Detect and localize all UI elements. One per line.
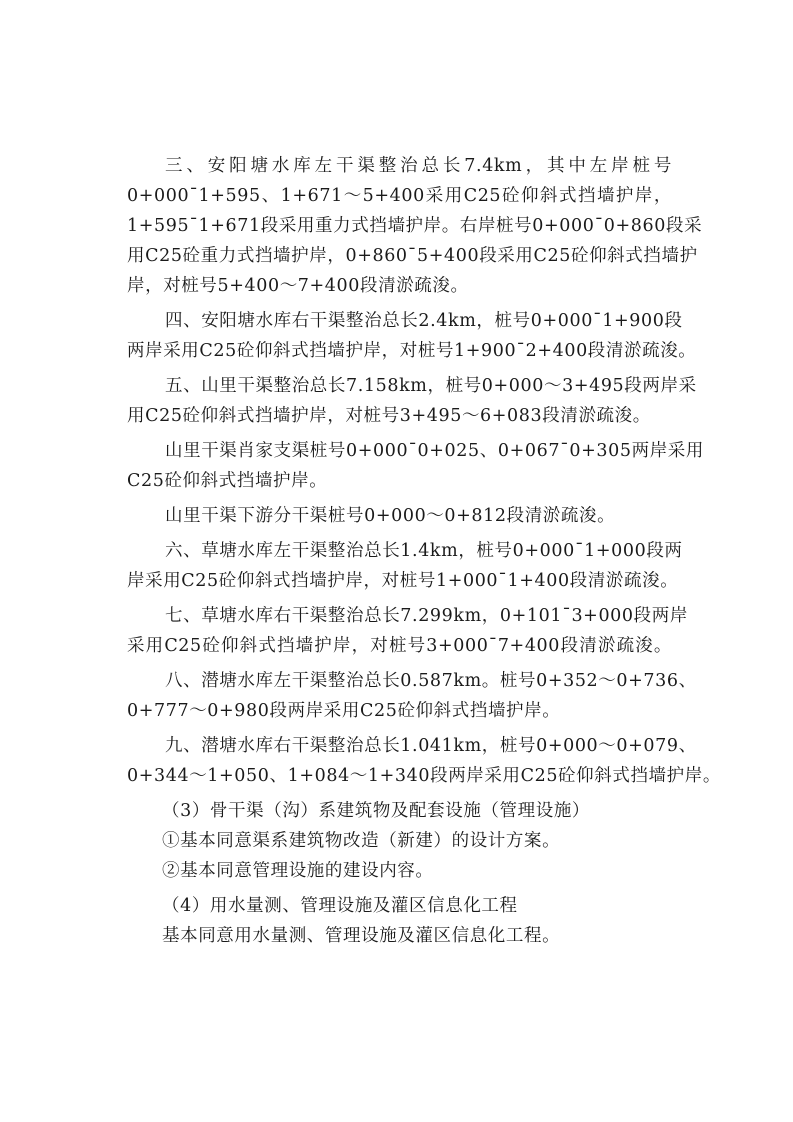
text-line: 0+344～1+050、1+084～1+340段两岸采用C25砼仰斜式挡墙护岸。 [127, 763, 672, 789]
text-line: 五、山里干渠整治总长7.158km，桩号0+000～3+495段两岸采 [165, 373, 672, 399]
text-line: 采用C25砼仰斜式挡墙护岸，对桩号3+000¯7+400段清淤疏浚。 [127, 633, 672, 659]
text-line: 用C25砼重力式挡墙护岸，0+860¯5+400段采用C25砼仰斜式挡墙护 [127, 243, 672, 269]
text-line: 两岸采用C25砼仰斜式挡墙护岸，对桩号1+900¯2+400段清淤疏浚。 [127, 338, 672, 364]
text-line: 三、安阳塘水库左干渠整治总长7.4km，其中左岸桩号 [165, 153, 672, 179]
text-line: 山里干渠肖家支渠桩号0+000¯0+025、0+067¯0+305两岸采用 [165, 438, 672, 464]
list-item: ②基本同意管理设施的建设内容。 [162, 858, 707, 884]
list-item: ①基本同意渠系建筑物改造（新建）的设计方案。 [162, 828, 707, 854]
section-body: 基本同意用水量测、管理设施及灌区信息化工程。 [162, 923, 707, 949]
text-line: 岸采用C25砼仰斜式挡墙护岸，对桩号1+000¯1+400段清淤疏浚。 [127, 568, 672, 594]
text-line: 0+777～0+980段两岸采用C25砼仰斜式挡墙护岸。 [127, 698, 672, 724]
text-line: 岸，对桩号5+400～7+400段清淤疏浚。 [127, 273, 672, 299]
text-line: 1+595¯1+671段采用重力式挡墙护岸。右岸桩号0+000¯0+860段采 [127, 213, 672, 239]
text-line: 山里干渠下游分干渠桩号0+000～0+812段清淤疏浚。 [165, 503, 672, 529]
text-line: 用C25砼仰斜式挡墙护岸，对桩号3+495～6+083段清淤疏浚。 [127, 403, 672, 429]
text-line: C25砼仰斜式挡墙护岸。 [127, 468, 672, 494]
section-heading: （3）骨干渠（沟）系建筑物及配套设施（管理设施） [162, 798, 707, 824]
document-page: 三、安阳塘水库左干渠整治总长7.4km，其中左岸桩号 0+000¯1+595、1… [0, 0, 793, 1122]
text-line: 0+000¯1+595、1+671～5+400采用C25砼仰斜式挡墙护岸， [127, 183, 672, 209]
text-line: 七、草塘水库右干渠整治总长7.299km，0+101¯3+000段两岸 [165, 603, 672, 629]
text-line: 四、安阳塘水库右干渠整治总长2.4km，桩号0+000¯1+900段 [165, 308, 672, 334]
text-line: 八、潜塘水库左干渠整治总长0.587km。桩号0+352～0+736、 [165, 668, 672, 694]
section-heading: （4）用水量测、管理设施及灌区信息化工程 [162, 893, 707, 919]
text-line: 九、潜塘水库右干渠整治总长1.041km，桩号0+000～0+079、 [165, 733, 672, 759]
text-line: 六、草塘水库左干渠整治总长1.4km，桩号0+000¯1+000段两 [165, 538, 672, 564]
